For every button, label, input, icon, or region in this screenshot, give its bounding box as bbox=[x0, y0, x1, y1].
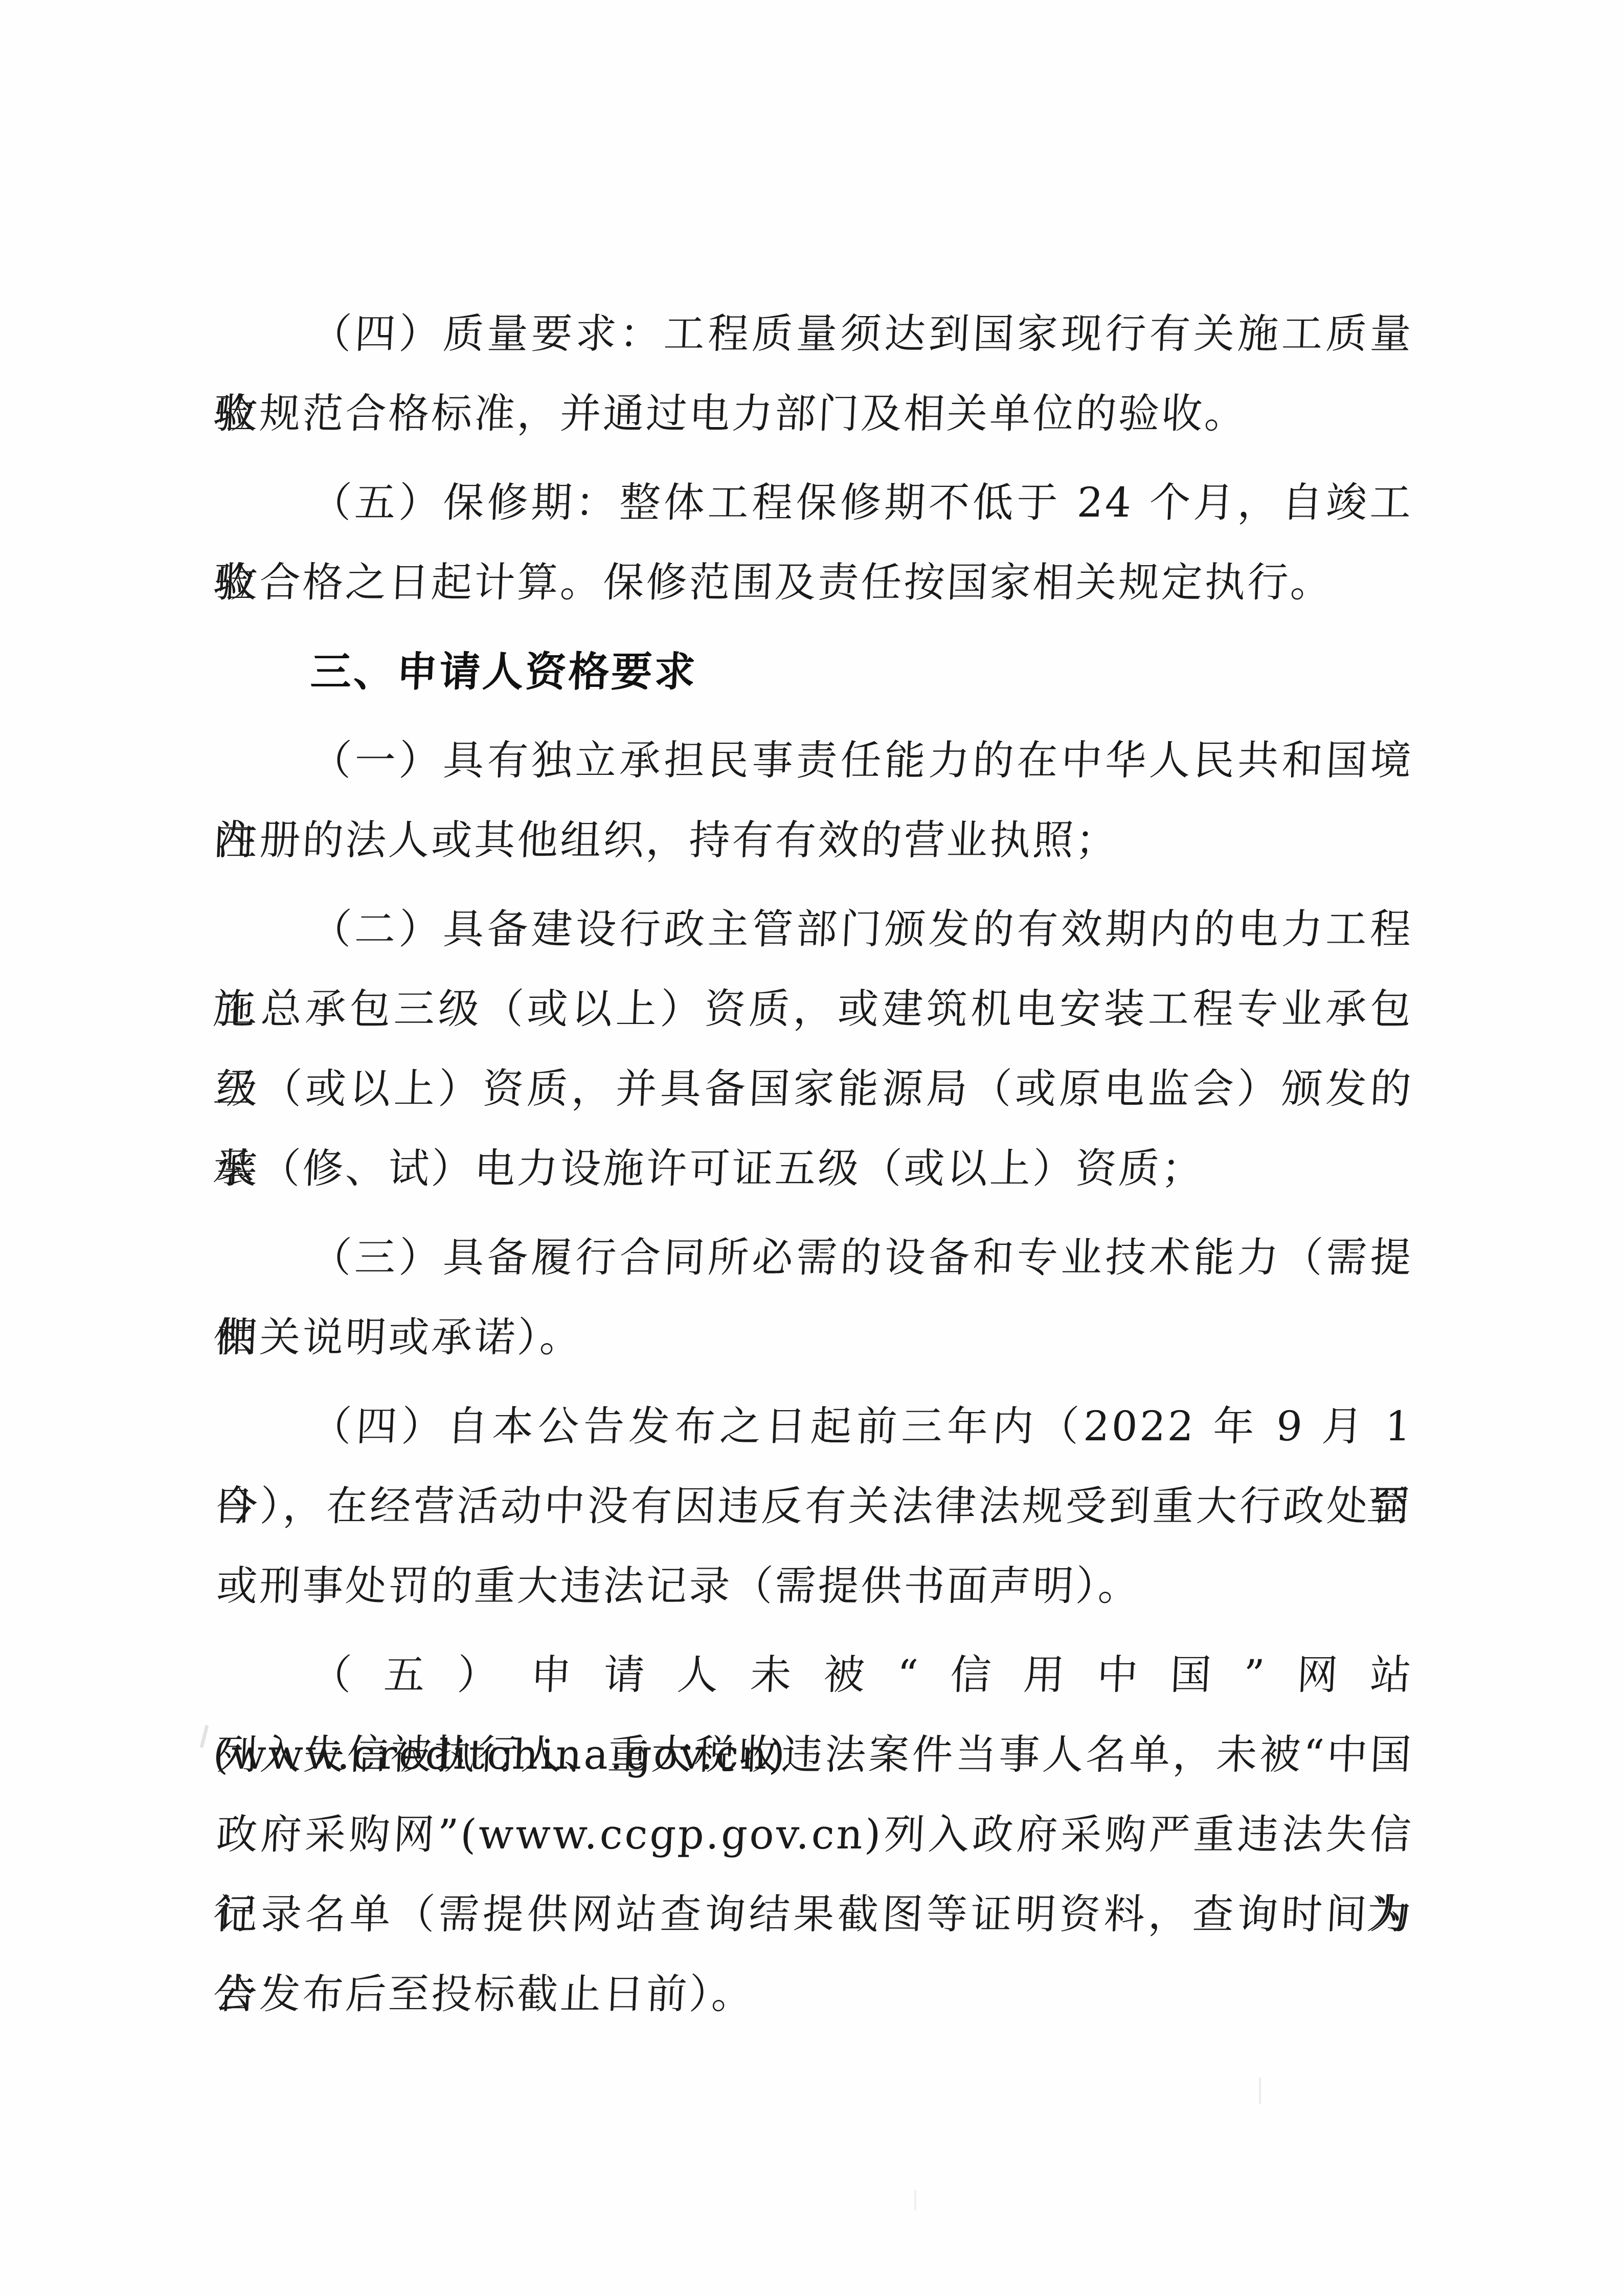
text-line: 级（或以上）资质，并具备国家能源局（或原电监会）颁发的承 bbox=[215, 1049, 1415, 1129]
text-line: 相关说明或承诺）。 bbox=[215, 1298, 1415, 1377]
paragraph: （四）质量要求：工程质量须达到国家现行有关施工质量验收规范合格标准，并通过电力部… bbox=[215, 294, 1411, 454]
text-line: （二）具备建设行政主管部门颁发的有效期内的电力工程施 bbox=[215, 889, 1415, 969]
text-line: 注册的法人或其他组织，持有有效的营业执照； bbox=[215, 800, 1415, 880]
section-heading: 三、申请人资格要求 bbox=[215, 632, 1411, 711]
text-line: 工总承包三级（或以上）资质，或建筑机电安装工程专业承包三 bbox=[215, 969, 1415, 1049]
text-line: 告发布后至投标截止日前）。 bbox=[215, 1954, 1415, 2034]
text-line: （一）具有独立承担民事责任能力的在中华人民共和国境内 bbox=[215, 721, 1415, 800]
scan-artifact bbox=[914, 2190, 916, 2211]
text-line: （三）具备履行合同所必需的设备和专业技术能力（需提供 bbox=[215, 1218, 1415, 1298]
text-line: （四）质量要求：工程质量须达到国家现行有关施工质量验 bbox=[215, 294, 1415, 374]
text-line: 或刑事处罚的重大违法记录（需提供书面声明）。 bbox=[215, 1546, 1415, 1626]
text-line: 收合格之日起计算。保修范围及责任按国家相关规定执行。 bbox=[215, 543, 1415, 622]
text-line: 记录名单（需提供网站查询结果截图等证明资料，查询时间为公 bbox=[215, 1875, 1415, 1954]
text-line: 列入失信被执行人、重大税收违法案件当事人名单，未被“中国 bbox=[215, 1715, 1415, 1795]
paragraph: （二）具备建设行政主管部门颁发的有效期内的电力工程施工总承包三级（或以上）资质，… bbox=[215, 889, 1411, 1209]
document-page: （四）质量要求：工程质量须达到国家现行有关施工质量验收规范合格标准，并通过电力部… bbox=[0, 0, 1623, 2296]
text-line: 政府采购网”(www.ccgp.gov.cn)列入政府采购严重违法失信行为 bbox=[215, 1795, 1415, 1875]
text-line: （五）保修期：整体工程保修期不低于 24 个月，自竣工验 bbox=[215, 463, 1415, 543]
paragraph: （四）自本公告发布之日起前三年内（2022 年 9 月 1 日至今），在经营活动… bbox=[215, 1387, 1411, 1626]
paragraph: （五）申请人未被“信用中国”网站(www.creditchina.gov.cn)… bbox=[215, 1635, 1411, 2034]
text-line: 三、申请人资格要求 bbox=[215, 632, 1415, 711]
text-line: 收规范合格标准，并通过电力部门及相关单位的验收。 bbox=[215, 374, 1415, 454]
paragraph: （五）保修期：整体工程保修期不低于 24 个月，自竣工验收合格之日起计算。保修范… bbox=[215, 463, 1411, 622]
text-line: （四）自本公告发布之日起前三年内（2022 年 9 月 1 日至 bbox=[215, 1387, 1415, 1466]
scan-artifact bbox=[200, 1725, 209, 1748]
paragraph: （一）具有独立承担民事责任能力的在中华人民共和国境内注册的法人或其他组织，持有有… bbox=[215, 721, 1411, 880]
document-content: （四）质量要求：工程质量须达到国家现行有关施工质量验收规范合格标准，并通过电力部… bbox=[215, 294, 1411, 2043]
text-line: 今），在经营活动中没有因违反有关法律法规受到重大行政处罚 bbox=[215, 1466, 1415, 1546]
text-line: （五）申请人未被“信用中国”网站(www.creditchina.gov.cn) bbox=[215, 1635, 1415, 1715]
paragraph: （三）具备履行合同所必需的设备和专业技术能力（需提供相关说明或承诺）。 bbox=[215, 1218, 1411, 1377]
text-line: 装（修、试）电力设施许可证五级（或以上）资质； bbox=[215, 1129, 1415, 1209]
scan-artifact bbox=[1259, 2078, 1261, 2104]
